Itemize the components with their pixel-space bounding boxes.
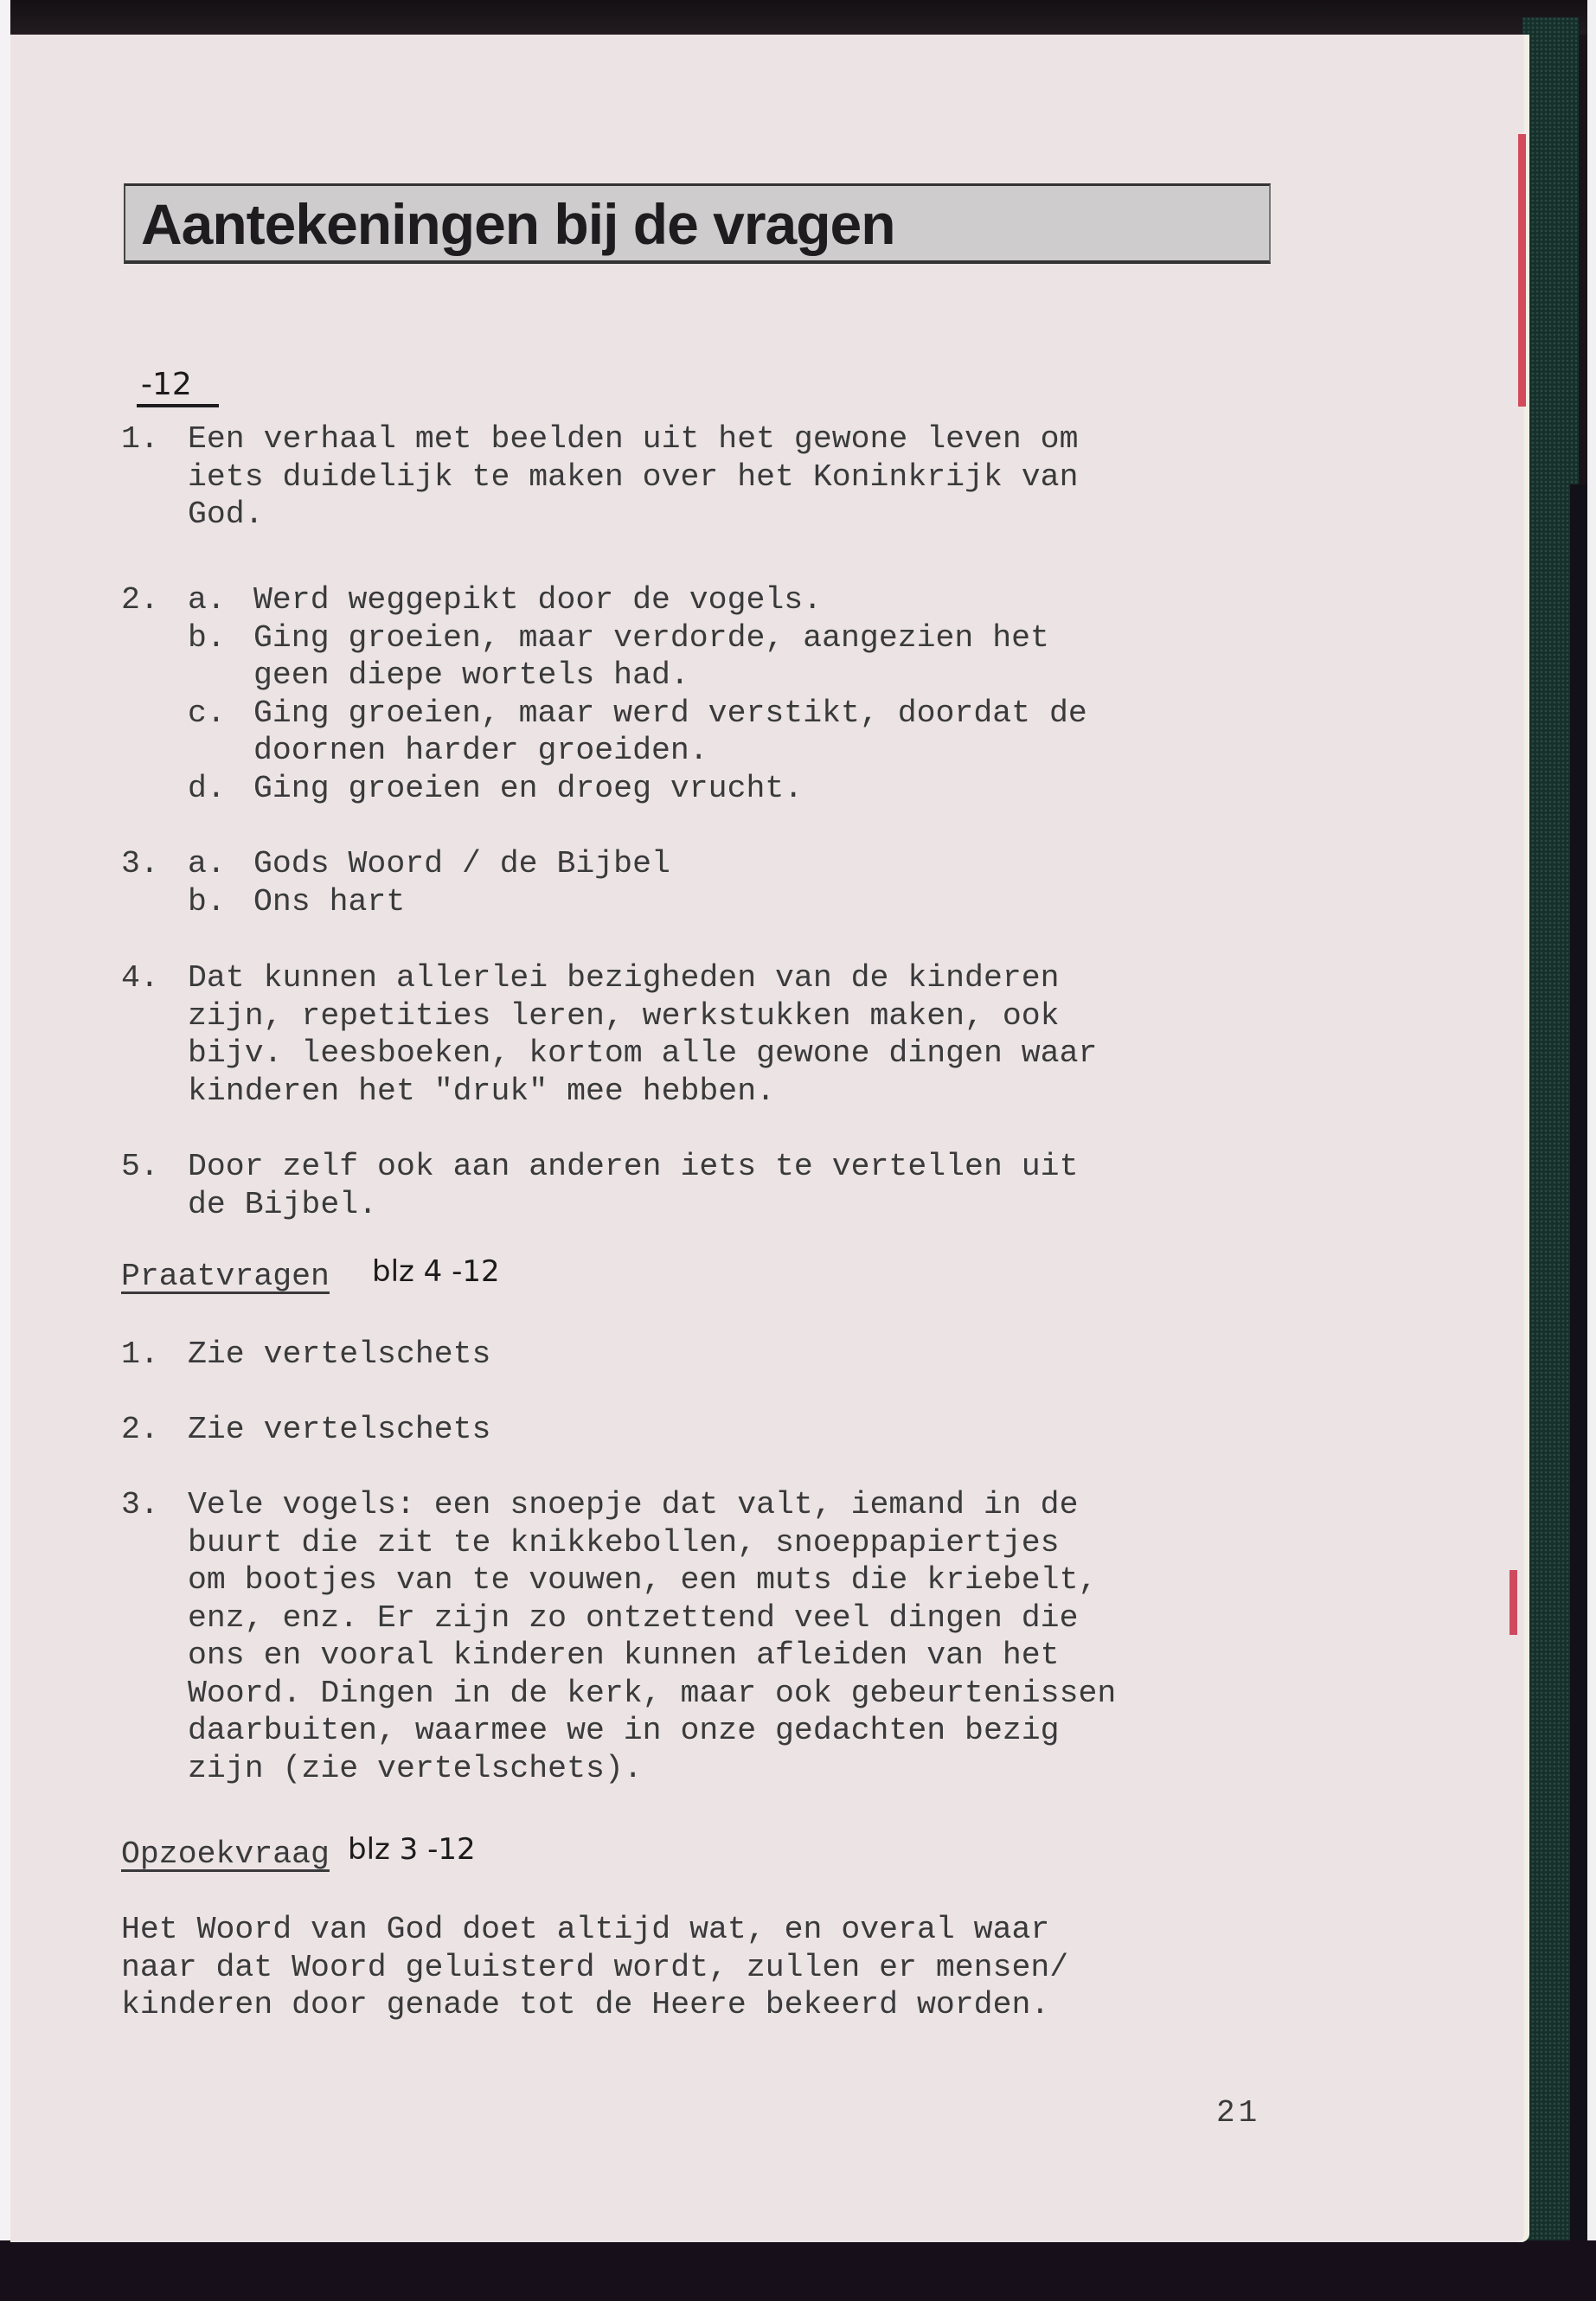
scan-margin-right <box>1587 0 1596 2301</box>
scan-margin-left <box>0 0 10 2301</box>
subitem-line: Gods Woord / de Bijbel <box>253 845 670 883</box>
red-page-marker <box>1509 1570 1517 1635</box>
answer-line: kinderen het "druk" mee hebben. <box>188 1073 775 1111</box>
answer-line: bijv. leesboeken, kortom alle gewone din… <box>188 1035 1097 1073</box>
section-heading-praatvragen: Praatvragen <box>121 1259 330 1294</box>
subitem-letter: b. <box>188 619 226 657</box>
scan-background-top <box>0 0 1596 35</box>
answer-line: enz, enz. Er zijn zo ontzettend veel din… <box>188 1599 1078 1638</box>
page-number: 21 <box>1216 2095 1260 2131</box>
answer-line: Het Woord van God doet altijd wat, en ov… <box>121 1911 1049 1949</box>
subitem-letter: a. <box>188 845 226 883</box>
answer-number: 2. <box>121 1411 159 1449</box>
subitem-letter: c. <box>188 695 226 733</box>
answer-line: iets duidelijk te maken over het Koninkr… <box>188 458 1078 497</box>
answer-line: zijn (zie vertelschets). <box>188 1750 643 1788</box>
answer-line: Woord. Dingen in de kerk, maar ook gebeu… <box>188 1675 1116 1713</box>
answer-line: Zie vertelschets <box>188 1336 490 1374</box>
answer-line: naar dat Woord geluisterd wordt, zullen … <box>121 1949 1068 1987</box>
title-banner: Aantekeningen bij de vragen <box>124 183 1271 264</box>
subitem-letter: a. <box>188 581 226 619</box>
subitem-line: geen diepe wortels had. <box>253 657 689 695</box>
answer-number: 3. <box>121 845 159 883</box>
answer-line: God. <box>188 496 264 534</box>
handwritten-page-note: blz 3 -12 <box>348 1832 476 1867</box>
answer-line: zijn, repetities leren, werkstukken make… <box>188 997 1060 1035</box>
answer-line: daarbuiten, waarmee we in onze gedachten… <box>188 1712 1060 1750</box>
section-heading-opzoekvraag: Opzoekvraag <box>121 1836 330 1872</box>
page-title: Aantekeningen bij de vragen <box>141 191 895 257</box>
subitem-line: Werd weggepikt door de vogels. <box>253 581 822 619</box>
answer-line: Dat kunnen allerlei bezigheden van de ki… <box>188 959 1060 997</box>
answer-line: kinderen door genade tot de Heere bekeer… <box>121 1986 1049 2024</box>
answer-line: Een verhaal met beelden uit het gewone l… <box>188 420 1078 458</box>
subitem-letter: b. <box>188 883 226 921</box>
answer-line: Vele vogels: een snoepje dat valt, ieman… <box>188 1486 1078 1524</box>
subitem-line: Ons hart <box>253 883 405 921</box>
answer-line: de Bijbel. <box>188 1186 377 1224</box>
red-page-marker <box>1518 134 1526 407</box>
answer-line: buurt die zit te knikkebollen, snoeppapi… <box>188 1524 1060 1562</box>
subitem-line: Ging groeien, maar werd verstikt, doorda… <box>253 695 1087 733</box>
answer-number: 1. <box>121 1336 159 1374</box>
answer-line: Door zelf ook aan anderen iets te vertel… <box>188 1148 1078 1186</box>
subitem-line: Ging groeien, maar verdorde, aangezien h… <box>253 619 1049 657</box>
answer-number: 1. <box>121 420 159 458</box>
answer-5: 5. Door zelf ook aan anderen iets te ver… <box>121 1148 197 1336</box>
handwritten-page-note: blz 4 -12 <box>372 1254 500 1289</box>
scan-background-bottom <box>0 2240 1596 2301</box>
answer-number: 4. <box>121 959 159 997</box>
handwritten-underline <box>137 404 219 407</box>
answer-number: 3. <box>121 1486 159 1524</box>
answer-line: Zie vertelschets <box>188 1411 490 1449</box>
handwritten-lesson-mark: -12 <box>141 367 192 402</box>
subitem-line: doornen harder groeiden. <box>253 732 708 770</box>
answer-line: ons en vooral kinderen kunnen afleiden v… <box>188 1637 1060 1675</box>
subitem-line: Ging groeien en droeg vrucht. <box>253 770 803 808</box>
book-page: Aantekeningen bij de vragen -12 1. Een v… <box>10 35 1529 2242</box>
opzoekvraag-answer: Het Woord van God doet altijd wat, en ov… <box>121 1911 197 2099</box>
subitem-letter: d. <box>188 770 226 808</box>
answer-number: 5. <box>121 1148 159 1186</box>
answer-number: 2. <box>121 581 159 619</box>
answer-line: om bootjes van te vouwen, een muts die k… <box>188 1561 1097 1599</box>
